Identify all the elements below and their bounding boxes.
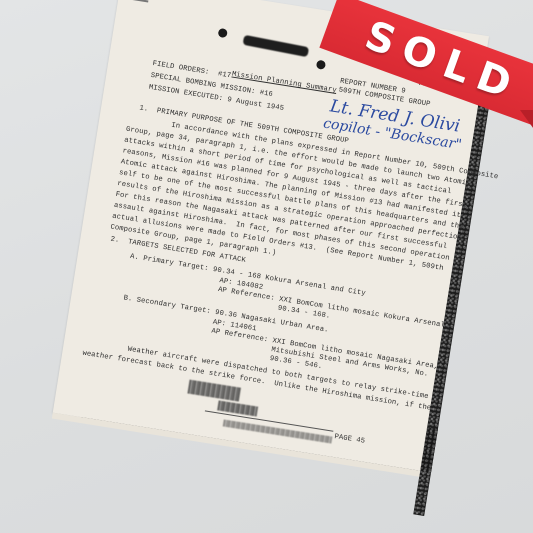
sold-label: SOLD [359,12,527,110]
footer-page-label: PAGE 45 [334,433,366,447]
pencil-mark [128,0,148,2]
photo-scene: PAGE 45 REPORT NUMBER 9 509TH COMPOSITE … [0,0,533,533]
punch-hole-left [218,28,228,38]
smudged-stamp [187,380,241,402]
